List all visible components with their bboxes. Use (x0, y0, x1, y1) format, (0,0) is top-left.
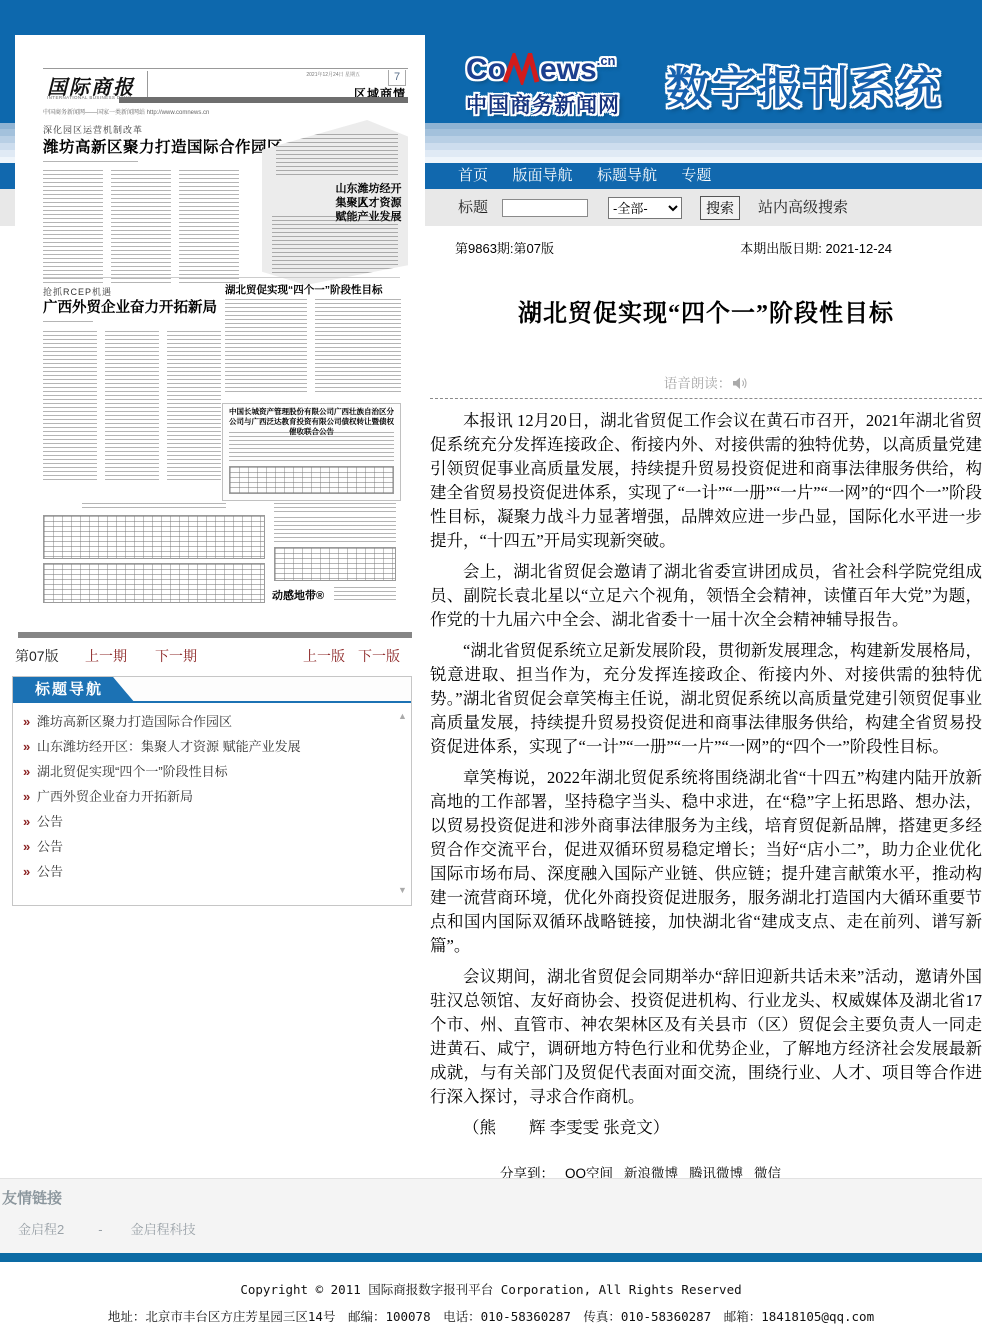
article-authors: （熊 辉 李雯雯 张竞文） (430, 1116, 982, 1140)
logo-suffix: .cn (597, 53, 616, 68)
friendly-links-band: 友情链接 金启程2-金启程科技 (0, 1178, 982, 1253)
current-page-label: 第07版 (15, 646, 59, 666)
nav-title-navigation[interactable]: 标题导航 (597, 167, 657, 184)
chevron-right-icon: » (23, 759, 30, 784)
nav-item-link[interactable]: 公告 (37, 814, 63, 829)
thumb-brand-logo: 动感地带® (272, 587, 324, 603)
footer-blue-bar (0, 1253, 982, 1262)
thumb-text-column (111, 170, 171, 285)
thumb-article1-byline (43, 161, 138, 165)
list-item[interactable]: »潍坊高新区聚力打造国际合作园区 (13, 709, 391, 734)
issue-row: 第9863期:第07版 本期出版日期: 2021-12-24 (455, 238, 892, 257)
article-paragraph: 本报讯 12月20日，湖北省贸促工作会议在黄石市召开，2021年湖北省贸促系统充… (430, 409, 982, 553)
thumb-text-column (43, 170, 103, 285)
friend-link[interactable]: 金启程科技 (131, 1222, 196, 1237)
thumb-page-number: 7 (388, 70, 406, 86)
thumb-site-line: 中国商务新闻网——国家一类新闻网站 http://www.comnews.cn (43, 107, 209, 116)
address-line: 地址：北京市丰台区方庄芳星园三区14号 邮编：100078 电话：010-583… (0, 1307, 982, 1325)
thumb-text-block (334, 587, 396, 601)
chevron-right-icon: » (23, 809, 30, 834)
chevron-right-icon: » (23, 709, 30, 734)
list-item[interactable]: »公告 (13, 809, 391, 834)
nav-item-link[interactable]: 公告 (37, 839, 63, 854)
site-logo[interactable]: Coews.cn 中国商务新闻网 (466, 46, 620, 119)
thumb-text-column (167, 331, 221, 483)
scrollbar[interactable]: ▲ ▼ (395, 709, 410, 897)
system-title: 数字报刊系统 (666, 52, 942, 116)
logo-wordmark: Coews.cn (466, 46, 620, 91)
article-title: 湖北贸促实现“四个一”阶段性目标 (430, 293, 982, 328)
title-navigation-list: »潍坊高新区聚力打造国际合作园区 »山东潍坊经开区：集聚人才资源 赋能产业发展 … (13, 709, 391, 884)
nav-item-link[interactable]: 湖北贸促实现“四个一”阶段性目标 (37, 764, 228, 779)
thumb-masthead: 国际商报 INTERNATIONAL BUSINESS DAILY 2021年1… (43, 68, 408, 103)
logo-part1: Co (466, 53, 506, 86)
list-item[interactable]: »山东潍坊经开区：集聚人才资源 赋能产业发展 (13, 734, 391, 759)
thumb-text-column (179, 170, 239, 285)
scroll-down-icon[interactable]: ▼ (395, 885, 410, 895)
thumb-text-column (225, 299, 307, 395)
voice-reader-row: 语音朗读： (430, 372, 982, 392)
copyright-line: Copyright © 2011 国际商报数字报刊平台 Corporation,… (0, 1280, 982, 1298)
article-paragraph: 会上，湖北省贸促会邀请了湖北省委宣讲团成员，省社会科学院党组成员、副院长袁北星以… (430, 560, 982, 632)
nav-home[interactable]: 首页 (458, 167, 488, 184)
thumb-text-block (229, 432, 394, 462)
next-issue-link[interactable]: 下一期 (155, 646, 197, 666)
nav-item-link[interactable]: 潍坊高新区聚力打造国际合作园区 (37, 714, 232, 729)
logo-zigzag-icon (503, 53, 543, 91)
nav-item-link[interactable]: 山东潍坊经开区：集聚人才资源 赋能产业发展 (37, 739, 301, 754)
article-panel: 第9863期:第07版 本期出版日期: 2021-12-24 湖北贸促实现“四个… (430, 226, 982, 1212)
dashed-divider (430, 398, 982, 399)
thumb-article2-headline: 广西外贸企业奋力开拓新局 (43, 296, 217, 317)
friendly-links-title: 友情链接 (2, 1187, 62, 1208)
speaker-icon[interactable] (733, 377, 748, 390)
article-body: 本报讯 12月20日，湖北省贸促工作会议在黄石市召开，2021年湖北省贸促系统充… (430, 409, 982, 1140)
list-item[interactable]: »湖北贸促实现“四个一”阶段性目标 (13, 759, 391, 784)
next-page-link[interactable]: 下一版 (358, 646, 400, 666)
thumb-text-block (274, 503, 396, 513)
voice-reader-label: 语音朗读： (664, 376, 732, 391)
thumb-notice-box: 中国长城资产管理股份有限公司广西壮族自治区分公司与广西泛达教育投资有限公司债权转… (222, 403, 401, 501)
thumb-table (43, 515, 265, 559)
list-item[interactable]: »广西外贸企业奋力开拓新局 (13, 784, 391, 809)
search-label: 标题 (458, 199, 488, 216)
chevron-right-icon: » (23, 859, 30, 884)
logo-subtitle: 中国商务新闻网 (466, 89, 620, 119)
logo-part2: ews (540, 53, 597, 86)
thumb-bottom-shadow (18, 632, 412, 638)
page: Coews.cn 中国商务新闻网 数字报刊系统 首页 版面导航 标题导航 专题 … (0, 0, 982, 1334)
thumb-notice-table (229, 466, 394, 494)
issue-number: 第9863期:第07版 (455, 238, 554, 257)
copyright-block: Copyright © 2011 国际商报数字报刊平台 Corporation,… (0, 1262, 982, 1325)
nav-item-link[interactable]: 广西外贸企业奋力开拓新局 (37, 789, 193, 804)
thumb-highlight-box: 山东潍坊经开区：集聚人才资源 赋能产业发展 (262, 120, 408, 285)
thumb-text-column (315, 299, 401, 395)
friend-link[interactable]: 金启程2 (18, 1222, 64, 1237)
issue-date: 本期出版日期: 2021-12-24 (740, 238, 892, 257)
chevron-right-icon: » (23, 834, 30, 859)
article-paragraph: 章笑梅说，2022年湖北贸促系统将围绕湖北省“十四五”构建内陆开放新高地的工作部… (430, 766, 982, 958)
thumb-table (274, 547, 396, 581)
friendly-links: 金启程2-金启程科技 (18, 1219, 196, 1238)
thumb-masthead-bar (119, 97, 408, 103)
thumb-article3-headline: 湖北贸促实现“四个一”阶段性目标 (225, 282, 403, 297)
scroll-up-icon[interactable]: ▲ (395, 711, 410, 721)
thumb-box-headline: 山东潍坊经开区：集聚人才资源 赋能产业发展 (268, 182, 402, 196)
list-item[interactable]: »公告 (13, 859, 391, 884)
thumb-text-block (272, 216, 398, 274)
title-navigation-header: 标题导航 (13, 677, 411, 703)
chevron-right-icon: » (23, 734, 30, 759)
thumb-bottom-notice-left (42, 501, 266, 605)
friend-link-separator: - (98, 1222, 102, 1237)
chevron-right-icon: » (23, 784, 30, 809)
list-item[interactable]: »公告 (13, 834, 391, 859)
thumb-article2-byline (43, 321, 93, 325)
article-paragraph: “湖北省贸促系统立足新发展阶段，贯彻新发展理念，构建新发展格局，锐意进取、担当作… (430, 639, 982, 759)
search-button[interactable]: 搜索 (700, 196, 740, 220)
nav-page-navigation[interactable]: 版面导航 (512, 167, 572, 184)
prev-issue-link[interactable]: 上一期 (85, 646, 127, 666)
prev-page-link[interactable]: 上一版 (303, 646, 345, 666)
nav-item-link[interactable]: 公告 (37, 864, 63, 879)
thumb-text-block (274, 517, 396, 543)
article-paragraph: 会议期间，湖北省贸促会同期举办“辞旧迎新共话未来”活动，邀请外国驻汉总领馆、友好… (430, 965, 982, 1109)
search-input[interactable] (502, 199, 588, 217)
search-category-select[interactable]: -全部- (608, 197, 682, 219)
thumb-text-column (43, 331, 97, 483)
thumb-text-block (82, 503, 226, 509)
thumb-text-block (276, 134, 398, 178)
thumb-section-divider (43, 277, 400, 278)
title-navigation-box: 标题导航 »潍坊高新区聚力打造国际合作园区 »山东潍坊经开区：集聚人才资源 赋能… (12, 676, 412, 906)
thumb-bottom-notice-right: 动感地带® (272, 501, 398, 605)
nav-topics[interactable]: 专题 (681, 167, 711, 184)
thumb-date-line: 2021年12月24日 星期五 (306, 71, 360, 78)
newspaper-thumbnail[interactable]: 国际商报 INTERNATIONAL BUSINESS DAILY 2021年1… (15, 35, 425, 632)
page-nav-row: 第07版 上一期 下一期 上一版 下一版 (0, 646, 425, 666)
advanced-search-link[interactable]: 站内高级搜索 (758, 199, 848, 216)
thumb-article1-headline: 潍坊高新区聚力打造国际合作园区 (43, 135, 283, 157)
thumb-table (43, 563, 265, 603)
thumb-text-column (105, 331, 159, 483)
title-navigation-label: 标题导航 (13, 677, 135, 703)
